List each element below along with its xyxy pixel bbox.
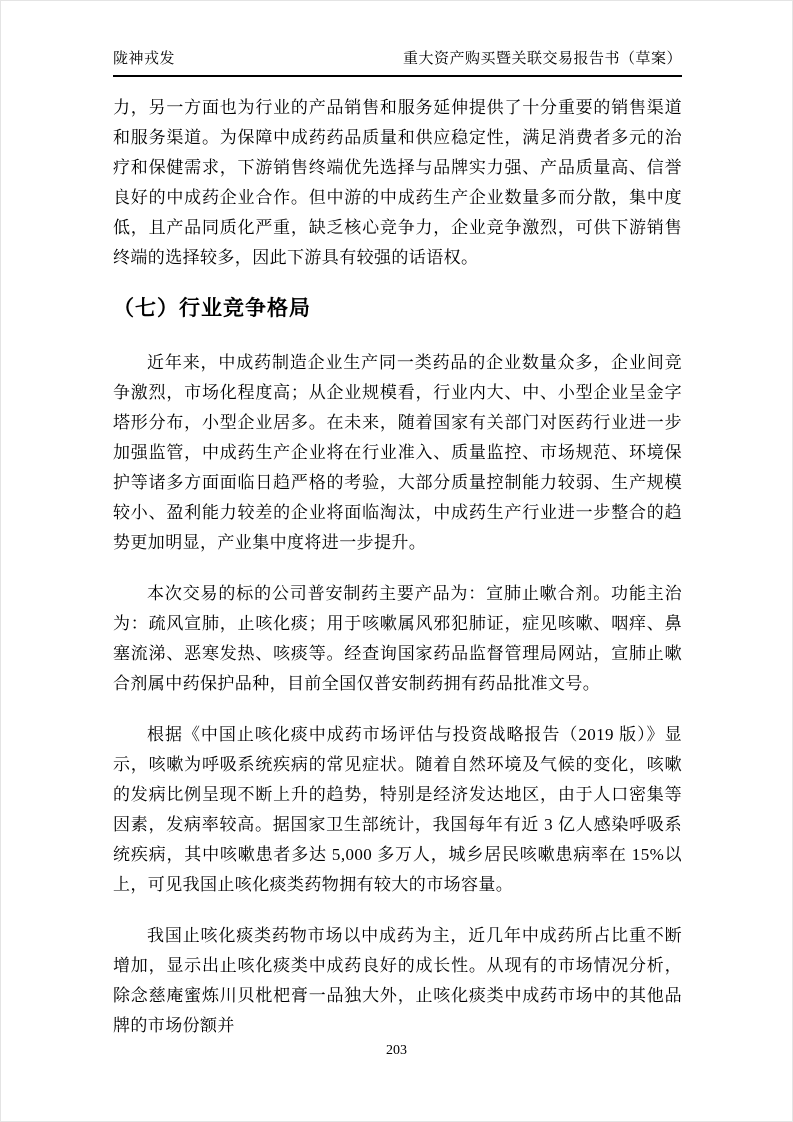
page-body: 力，另一方面也为行业的产品销售和服务延伸提供了十分重要的销售渠道和服务渠道。为保… [113,93,682,1062]
body-paragraph: 近年来，中成药制造企业生产同一类药品的企业数量众多，企业间竞争激烈，市场化程度高… [113,348,682,558]
header-report-title: 重大资产购买暨关联交易报告书（草案） [403,47,682,68]
page-number: 203 [386,1043,407,1058]
document-page: 陇神戎发 重大资产购买暨关联交易报告书（草案） 力，另一方面也为行业的产品销售和… [0,0,793,1122]
body-paragraph: 力，另一方面也为行业的产品销售和服务延伸提供了十分重要的销售渠道和服务渠道。为保… [113,93,682,273]
section-heading: （七）行业竞争格局 [113,294,682,324]
running-header: 陇神戎发 重大资产购买暨关联交易报告书（草案） [113,47,682,77]
body-paragraph: 本次交易的标的公司普安制药主要产品为：宣肺止嗽合剂。功能主治为：疏风宣肺，止咳化… [113,579,682,699]
page-footer: 203 [1,1043,792,1059]
body-paragraph: 根据《中国止咳化痰中成药市场评估与投资战略报告（2019 版）》显示，咳嗽为呼吸… [113,720,682,900]
header-company-name: 陇神戎发 [113,47,175,68]
body-paragraph: 我国止咳化痰类药物市场以中成药为主，近几年中成药所占比重不断增加，显示出止咳化痰… [113,921,682,1041]
